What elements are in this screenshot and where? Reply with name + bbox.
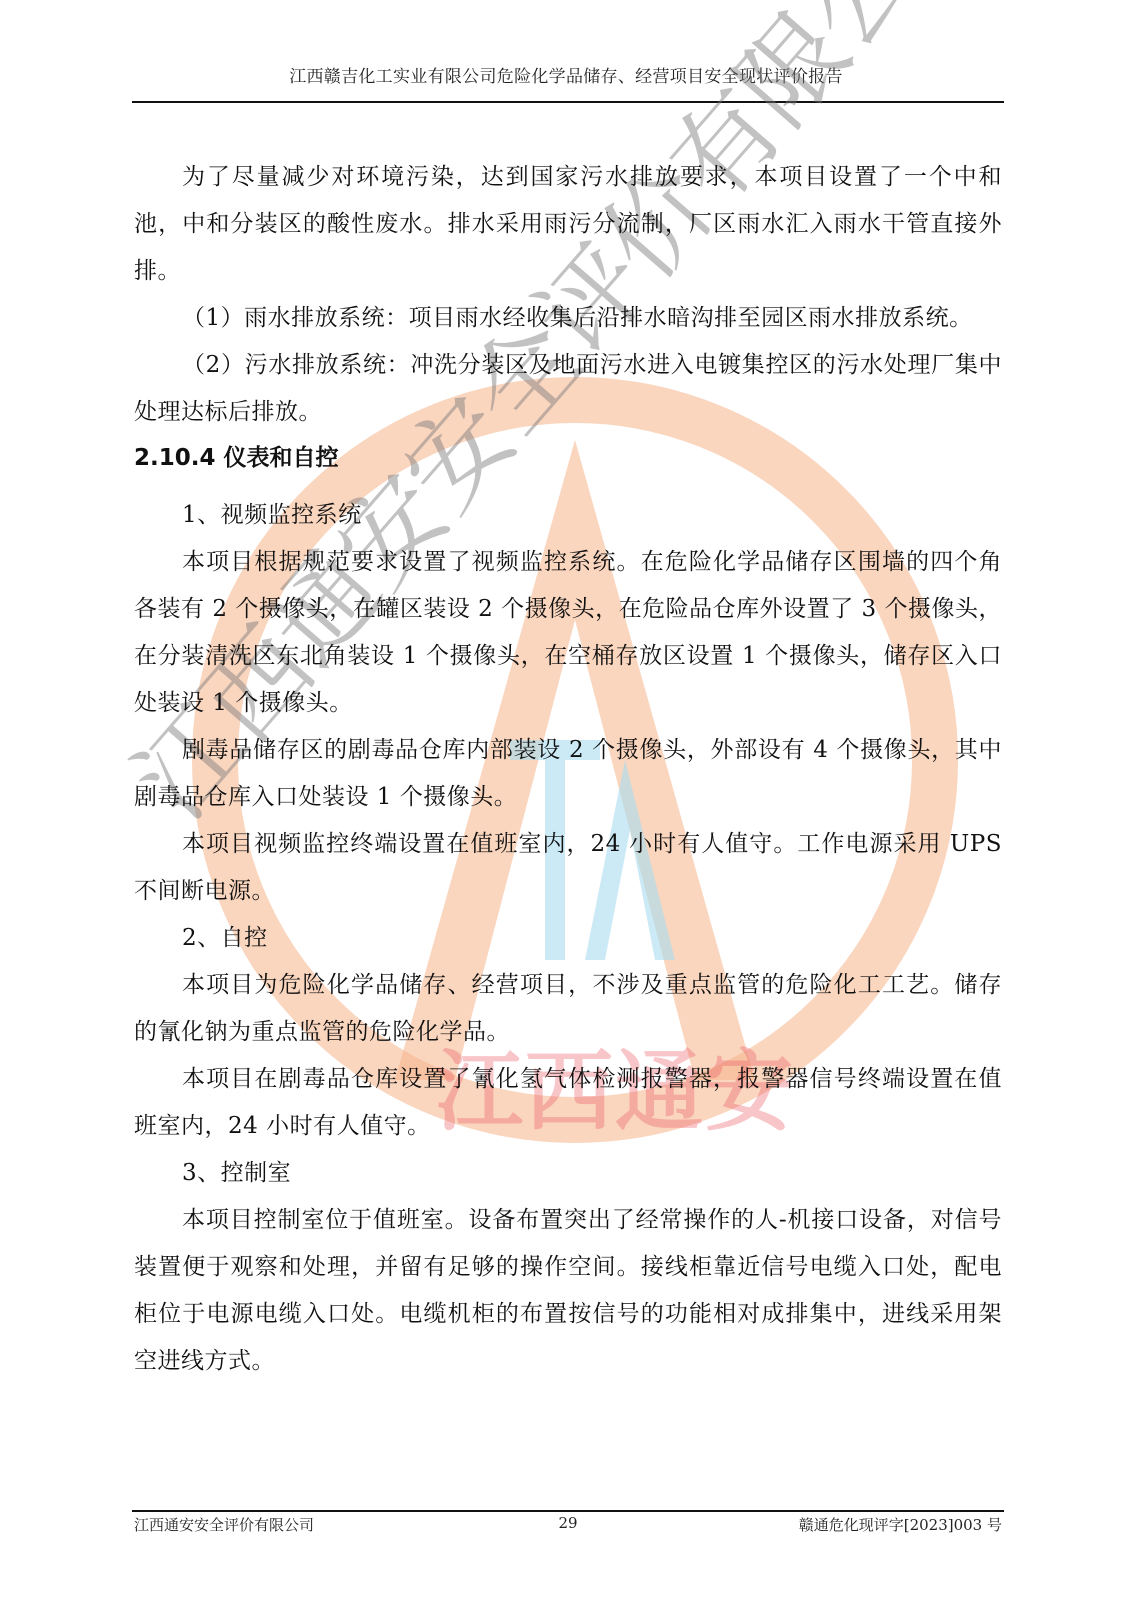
document-page: 江西通安 江西通安安全评价有限公司 江西赣吉化工实业有限公司危险化学品储存、经营… — [0, 0, 1131, 1600]
paragraph: 本项目视频监控终端设置在值班室内，24 小时有人值守。工作电源采用 UPS 不间… — [134, 821, 1002, 915]
paragraph: 剧毒品储存区的剧毒品仓库内部装设 2 个摄像头，外部设有 4 个摄像头，其中剧毒… — [134, 727, 1002, 821]
footer-divider — [132, 1510, 1004, 1512]
paragraph: 为了尽量减少对环境污染，达到国家污水排放要求，本项目设置了一个中和池，中和分装区… — [134, 154, 1002, 295]
subsection-title: 1、视频监控系统 — [134, 492, 1002, 539]
document-number: 赣通危化现评字[2023]003 号 — [799, 1514, 1002, 1535]
paragraph: 本项目控制室位于值班室。设备布置突出了经常操作的人-机接口设备，对信号装置便于观… — [134, 1197, 1002, 1385]
page-footer: 江西通安安全评价有限公司 29 赣通危化现评字[2023]003 号 — [134, 1514, 1002, 1538]
paragraph: （2）污水排放系统：冲洗分装区及地面污水进入电镀集控区的污水处理厂集中处理达标后… — [134, 342, 1002, 436]
section-heading: 2.10.4 仪表和自控 — [134, 436, 1002, 480]
paragraph: （1）雨水排放系统：项目雨水经收集后沿排水暗沟排至园区雨水排放系统。 — [134, 295, 1002, 342]
header-divider — [132, 101, 1004, 103]
paragraph: 本项目在剧毒品仓库设置了氰化氢气体检测报警器，报警器信号终端设置在值班室内，24… — [134, 1056, 1002, 1150]
subsection-title: 3、控制室 — [134, 1150, 1002, 1197]
paragraph: 本项目为危险化学品储存、经营项目，不涉及重点监管的危险化工工艺。储存的氰化钠为重… — [134, 962, 1002, 1056]
page-header-title: 江西赣吉化工实业有限公司危险化学品储存、经营项目安全现状评价报告 — [130, 62, 1002, 87]
subsection-title: 2、自控 — [134, 915, 1002, 962]
document-body: 为了尽量减少对环境污染，达到国家污水排放要求，本项目设置了一个中和池，中和分装区… — [134, 154, 1002, 1385]
paragraph: 本项目根据规范要求设置了视频监控系统。在危险化学品储存区围墙的四个角各装有 2 … — [134, 539, 1002, 727]
